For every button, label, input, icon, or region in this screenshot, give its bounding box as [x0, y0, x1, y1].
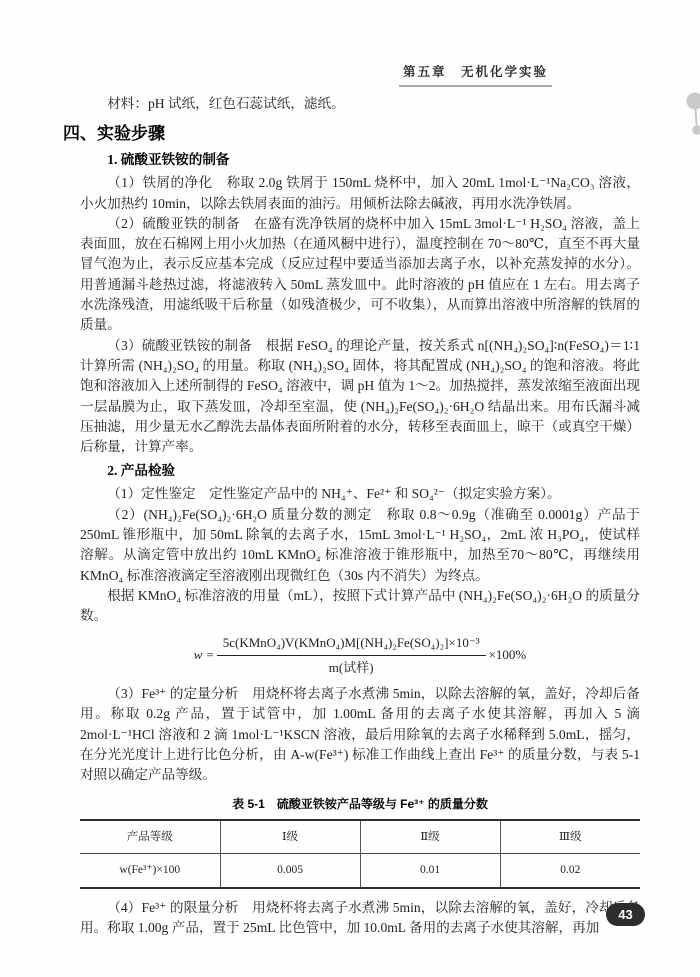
page-body: 材料：pH 试纸，红色石蕊试纸，滤纸。 四、实验步骤 1. 硫酸亚铁铵的制备 （…: [80, 94, 640, 938]
table-cell-grade-3-value: 0.02: [500, 854, 640, 888]
paragraph-formula-intro: 根据 KMnO₄ 标准溶液的用量（mL），按照下式计算产品中 (NH₄)₂Fe(…: [80, 586, 640, 627]
table-header-row: 产品等级 Ⅰ级 Ⅱ级 Ⅲ级: [80, 820, 640, 854]
formula-denominator: m(试样): [217, 656, 486, 678]
table-cell-grade-1-value: 0.005: [220, 854, 360, 888]
table-caption: 表 5-1 硫酸亚铁铵产品等级与 Fe³⁺ 的质量分数: [80, 794, 640, 814]
table-row: w(Fe³⁺)×100 0.005 0.01 0.02: [80, 854, 640, 888]
formula-times-100-percent: ×100%: [489, 645, 527, 665]
molecule-circles-icon: [678, 90, 700, 146]
table-cell-grade-2-value: 0.01: [360, 854, 500, 888]
paragraph-ferrous-sulfate-prep: （2）硫酸亚铁的制备 在盛有洗净铁屑的烧杯中加入 15mL 3mol·L⁻¹ H…: [80, 214, 640, 336]
formula-fraction: 5c(KMnO₄)V(KMnO₄)M[(NH₄)₂Fe(SO₄)₂]×10⁻³ …: [217, 633, 486, 679]
table-header-grade-1: Ⅰ级: [220, 820, 360, 854]
grade-table: 产品等级 Ⅰ级 Ⅱ级 Ⅲ级 w(Fe³⁺)×100 0.005 0.01 0.0…: [80, 819, 640, 889]
formula-equals-sign: =: [206, 645, 213, 665]
table-header-product-grade: 产品等级: [80, 820, 220, 854]
table-cell-row-label: w(Fe³⁺)×100: [80, 854, 220, 888]
paragraph-ferrous-ammonium-sulfate-prep: （3）硫酸亚铁铵的制备 根据 FeSO₄ 的理论产量，按关系式 n[(NH₄)₂…: [80, 336, 640, 458]
chapter-running-head: 第五章 无机化学实验: [399, 62, 552, 87]
table-header-grade-3: Ⅲ级: [500, 820, 640, 854]
textbook-page: 第五章 无机化学实验 材料：pH 试纸，红色石蕊试纸，滤纸。 四、实验步骤 1.…: [0, 0, 700, 977]
mass-fraction-formula: w = 5c(KMnO₄)V(KMnO₄)M[(NH₄)₂Fe(SO₄)₂]×1…: [80, 633, 640, 679]
table-header-grade-2: Ⅱ级: [360, 820, 500, 854]
formula-numerator: 5c(KMnO₄)V(KMnO₄)M[(NH₄)₂Fe(SO₄)₂]×10⁻³: [217, 633, 486, 656]
subsection-heading-product-test: 2. 产品检验: [107, 461, 640, 481]
paragraph-mass-fraction-determination: （2）(NH₄)₂Fe(SO₄)₂·6H₂O 质量分数的测定 称取 0.8～0.…: [80, 505, 640, 586]
paragraph-qualitative-identification: （1）定性鉴定 定性鉴定产品中的 NH₄⁺、Fe²⁺ 和 SO₄²⁻（拟定实验方…: [80, 484, 640, 504]
paragraph-fe3-limit-analysis: （4）Fe³⁺ 的限量分析 用烧杯将去离子水煮沸 5min，以除去溶解的氧，盖好…: [80, 898, 640, 939]
section-heading-experiment-steps: 四、实验步骤: [63, 123, 640, 145]
page-header: 第五章 无机化学实验: [80, 46, 640, 94]
subsection-heading-preparation: 1. 硫酸亚铁铵的制备: [107, 150, 640, 170]
formula-variable-w: w: [194, 645, 203, 665]
materials-paragraph: 材料：pH 试纸，红色石蕊试纸，滤纸。: [80, 94, 640, 114]
page-number-badge: 43: [606, 903, 645, 926]
paragraph-fe3-quantitative-analysis: （3）Fe³⁺ 的定量分析 用烧杯将去离子水煮沸 5min，以除去溶解的氧，盖好…: [80, 684, 640, 785]
paragraph-iron-purification: （1）铁屑的净化 称取 2.0g 铁屑于 150mL 烧杯中，加入 20mL 1…: [80, 173, 640, 214]
